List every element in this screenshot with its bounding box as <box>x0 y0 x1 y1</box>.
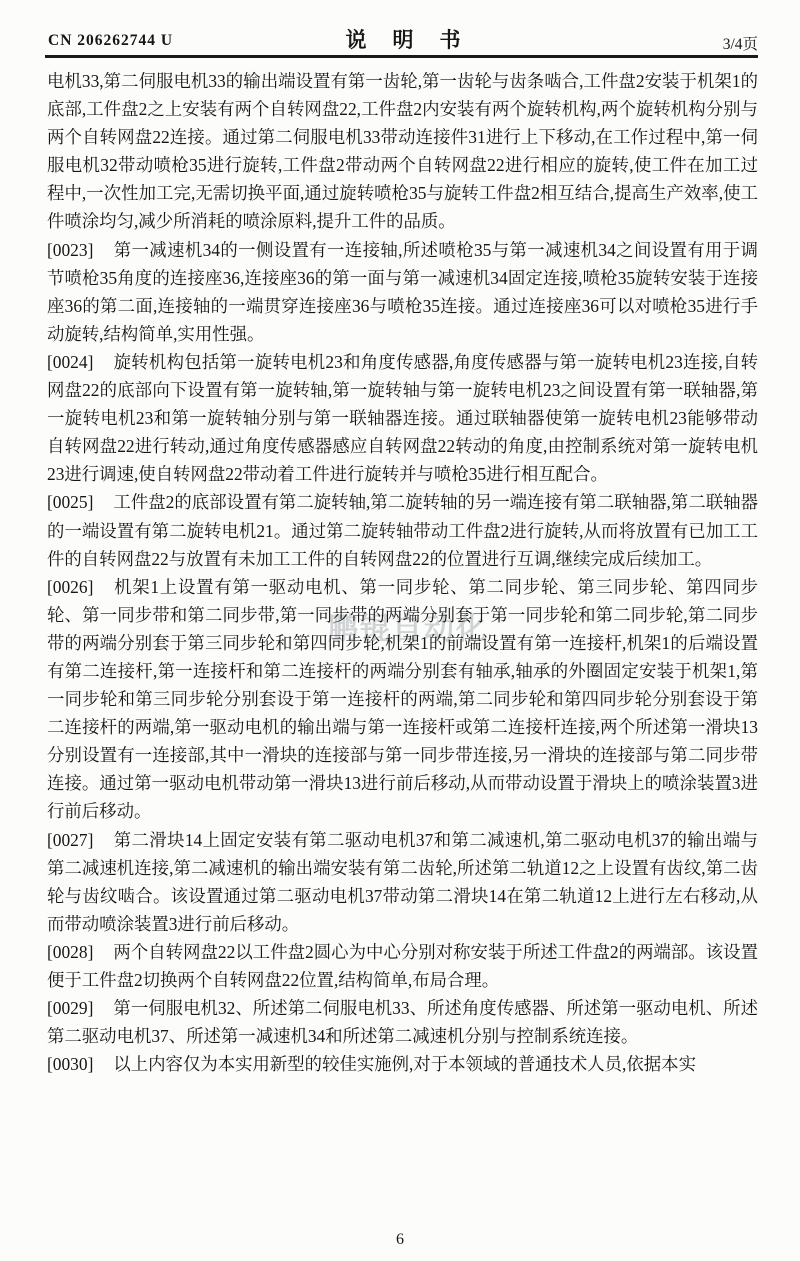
paragraph: [0023]第一减速机34的一侧设置有一连接轴,所述喷枪35与第一减速机34之间… <box>47 236 758 348</box>
paragraph-number: [0030] <box>47 1054 93 1074</box>
paragraph-number: [0029] <box>47 998 93 1018</box>
paragraph-text: 以上内容仅为本实用新型的较佳实施例,对于本领域的普通技术人员,依据本实 <box>113 1054 696 1074</box>
paragraph-number: [0024] <box>47 352 93 372</box>
paragraph: [0026]机架1上设置有第一驱动电机、第一同步轮、第二同步轮、第三同步轮、第四… <box>47 573 758 826</box>
paragraph: [0029]第一伺服电机32、所述第二伺服电机33、所述角度传感器、所述第一驱动… <box>47 994 758 1050</box>
paragraph: [0027]第二滑块14上固定安装有第二驱动电机37和第二减速机,第二驱动电机3… <box>47 826 758 938</box>
paragraph-text: 旋转机构包括第一旋转电机23和角度传感器,角度传感器与第一旋转电机23连接,自转… <box>47 352 758 484</box>
page-number: 6 <box>396 1231 404 1248</box>
paragraph-number: [0026] <box>47 577 93 597</box>
header-rule <box>45 55 758 58</box>
paragraph-number: [0027] <box>47 830 93 850</box>
paragraph-text: 电机33,第二伺服电机33的输出端设置有第一齿轮,第一齿轮与齿条啮合,工件盘2安… <box>47 71 758 231</box>
paragraph: 电机33,第二伺服电机33的输出端设置有第一齿轮,第一齿轮与齿条啮合,工件盘2安… <box>47 67 758 236</box>
paragraph-number: [0025] <box>47 492 93 512</box>
document-title: 说明书 <box>48 24 758 54</box>
page-indicator: 3/4页 <box>723 32 758 54</box>
specification-body: 电机33,第二伺服电机33的输出端设置有第一齿轮,第一齿轮与齿条啮合,工件盘2安… <box>47 67 758 1078</box>
paragraph-text: 两个自转网盘22以工件盘2圆心为中心分别对称安装于所述工件盘2的两端部。该设置便… <box>47 942 758 990</box>
paragraph-text: 第一伺服电机32、所述第二伺服电机33、所述角度传感器、所述第一驱动电机、所述第… <box>47 998 758 1046</box>
page-footer: 6 <box>0 1231 800 1249</box>
paragraph-text: 第二滑块14上固定安装有第二驱动电机37和第二减速机,第二驱动电机37的输出端与… <box>47 830 758 934</box>
page-header: CN 206262744 U 说明书 3/4页 <box>48 24 758 54</box>
paragraph: [0025]工件盘2的底部设置有第二旋转轴,第二旋转轴的另一端连接有第二联轴器,… <box>47 488 758 572</box>
paragraph-number: [0028] <box>47 942 93 962</box>
paragraph: [0030]以上内容仅为本实用新型的较佳实施例,对于本领域的普通技术人员,依据本… <box>47 1050 758 1078</box>
paragraph: [0028]两个自转网盘22以工件盘2圆心为中心分别对称安装于所述工件盘2的两端… <box>47 938 758 994</box>
paragraph-text: 机架1上设置有第一驱动电机、第一同步轮、第二同步轮、第三同步轮、第四同步轮、第一… <box>47 577 758 822</box>
paragraph: [0024]旋转机构包括第一旋转电机23和角度传感器,角度传感器与第一旋转电机2… <box>47 348 758 488</box>
paragraph-number: [0023] <box>47 240 93 260</box>
paragraph-text: 工件盘2的底部设置有第二旋转轴,第二旋转轴的另一端连接有第二联轴器,第二联轴器的… <box>47 492 758 568</box>
paragraph-text: 第一减速机34的一侧设置有一连接轴,所述喷枪35与第一减速机34之间设置有用于调… <box>47 240 758 344</box>
document-page: CN 206262744 U 说明书 3/4页 鹏锟自动化 电机33,第二伺服电… <box>0 0 800 1261</box>
